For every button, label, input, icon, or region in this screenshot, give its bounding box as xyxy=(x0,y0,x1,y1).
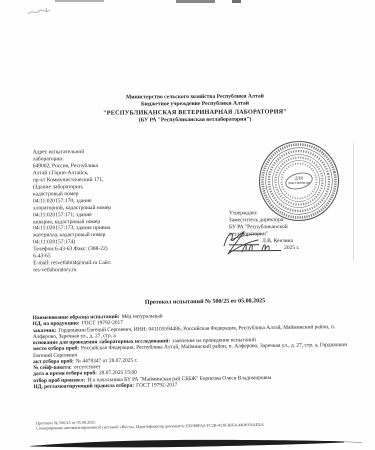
page-edge-shadow xyxy=(353,143,354,261)
protocol-fields: Наименование образца испытаний:Мёд натур… xyxy=(33,311,355,390)
signature xyxy=(218,224,328,258)
document-footer: Протокол № 500/25 от 05.08.2025 Сгенерир… xyxy=(36,415,356,431)
scan-shadow-band xyxy=(0,434,375,450)
scan-artifact-mark xyxy=(232,0,241,3)
laboratory-address: Адрес испытательной лаборатории: 649002,… xyxy=(33,149,164,275)
stamp-center-text-line1: ДЛЯ xyxy=(295,177,303,181)
scan-artifact-streak xyxy=(176,0,215,3)
stamp-center-text-line2: ДОКУМЕНТОВ xyxy=(288,181,310,185)
scan-artifact-streak xyxy=(55,0,104,2)
scanned-document: Министерство сельского хозяйства Республ… xyxy=(0,0,375,450)
document-header: Министерство сельского хозяйства Республ… xyxy=(70,93,320,125)
scan-artifact-squiggle xyxy=(26,6,56,18)
protocol-title: Протокол испытаний № 500/25 от 05.08.202… xyxy=(55,297,355,307)
